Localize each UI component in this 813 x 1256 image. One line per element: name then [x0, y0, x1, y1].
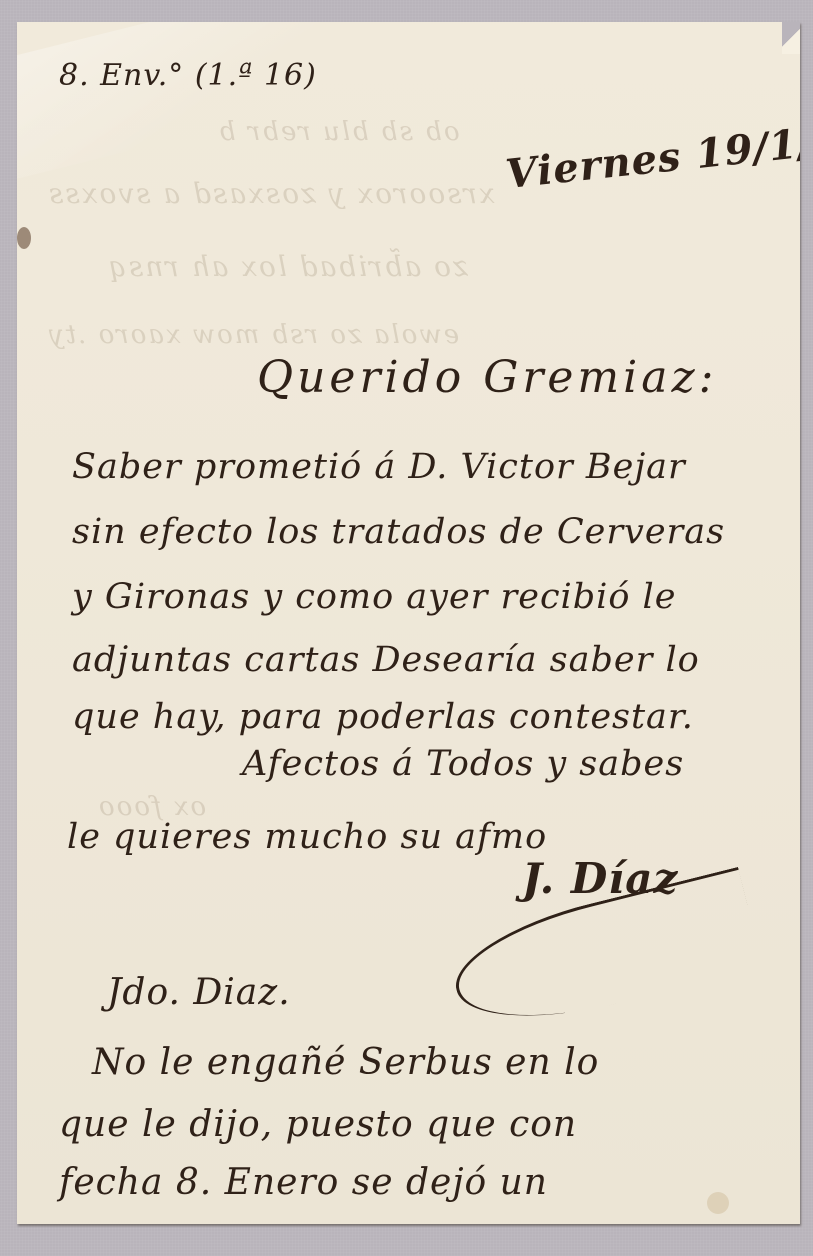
- body-line: que hay, para poderlas contestar.: [72, 697, 694, 737]
- folded-corner: [782, 22, 800, 54]
- body-line: Afectos á Todos y sabes: [242, 744, 684, 784]
- body-line: le quieres mucho su afmo: [67, 817, 547, 857]
- letter-paper: ob sb blu rebr b xrsoorox y zosxasd a sv…: [17, 22, 800, 1224]
- body-line: y Gironas y como ayer recibió le: [72, 577, 676, 617]
- bleed-through-text: zo ab̃ribad lox ah rnsq: [107, 250, 468, 283]
- body-line: Saber prometió á D. Victor Bejar: [72, 447, 686, 487]
- postscript-line: que le dijo, puesto que con: [59, 1104, 577, 1145]
- foxing-spot: [707, 1192, 729, 1214]
- salutation: Querido Gremiaz:: [257, 352, 717, 403]
- body-line: sin efecto los tratados de Cerveras: [72, 512, 725, 552]
- postscript-line: fecha 8. Enero se dejó un: [59, 1162, 548, 1203]
- postscript-line: No le engañé Serbus en lo: [92, 1042, 599, 1083]
- date-line: Viernes 19/1/72: [504, 113, 800, 198]
- bleed-through-text: xrsoorox y zosxasd a svoxss: [47, 177, 495, 210]
- postscript-salutation: Jdo. Diaz.: [107, 972, 291, 1013]
- archive-reference-note: 8. Env.° (1.ª 16): [59, 58, 317, 93]
- bleed-through-text: ewola zo rsb mow xaoro .ty: [47, 320, 459, 350]
- bleed-through-text: ob sb blu rebr b: [217, 117, 460, 147]
- body-line: adjuntas cartas Desearía saber lo: [72, 640, 700, 680]
- foxing-spot: [17, 227, 31, 249]
